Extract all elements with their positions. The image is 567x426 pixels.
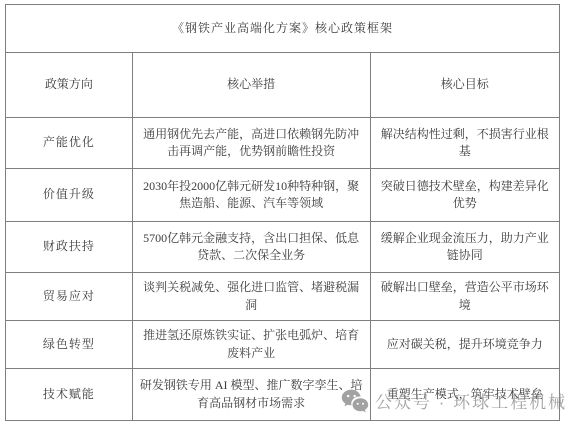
table-header-row: 政策方向 核心举措 核心目标 bbox=[6, 53, 560, 118]
table-row: 贸易应对 谈判关税减免、强化进口监管、堵避税漏洞 破解出口壁垒，营造公平市场环境 bbox=[6, 273, 560, 321]
direction-cell: 技术赋能 bbox=[6, 369, 133, 421]
article-image: 《钢铁产业高端化方案》核心政策框架 政策方向 核心举措 核心目标 产能优化 通用… bbox=[0, 0, 567, 426]
goal-cell: 突破日德技术壁垒，构建差异化优势 bbox=[370, 169, 559, 222]
policy-framework-table: 《钢铁产业高端化方案》核心政策框架 政策方向 核心举措 核心目标 产能优化 通用… bbox=[5, 4, 560, 421]
goal-cell: 重塑生产模式，筑牢技术壁垒 bbox=[370, 369, 559, 421]
measures-cell: 研发钢铁专用 AI 模型、推广数字孪生、培育高品钢材市场需求 bbox=[132, 369, 370, 421]
table-row: 价值升级 2030年投2000亿韩元研发10种特种钢，聚焦造船、能源、汽车等领域… bbox=[6, 169, 560, 222]
direction-cell: 贸易应对 bbox=[6, 273, 133, 321]
measures-cell: 通用钢优先去产能，高进口依赖钢先防冲击再调产能，优势钢前瞻性投资 bbox=[132, 118, 370, 169]
direction-cell: 财政扶持 bbox=[6, 222, 133, 273]
table-row: 绿色转型 推进氢还原炼铁实证、扩张电弧炉、培育废料产业 应对碳关税，提升环境竞争… bbox=[6, 321, 560, 369]
goal-cell: 解决结构性过剩，不损害行业根基 bbox=[370, 118, 559, 169]
header-core-goals: 核心目标 bbox=[370, 53, 559, 118]
goal-cell: 应对碳关税，提升环境竞争力 bbox=[370, 321, 559, 369]
header-policy-direction: 政策方向 bbox=[6, 53, 133, 118]
direction-cell: 产能优化 bbox=[6, 118, 133, 169]
header-core-measures: 核心举措 bbox=[132, 53, 370, 118]
direction-cell: 绿色转型 bbox=[6, 321, 133, 369]
table-row: 技术赋能 研发钢铁专用 AI 模型、推广数字孪生、培育高品钢材市场需求 重塑生产… bbox=[6, 369, 560, 421]
table-row: 财政扶持 5700亿韩元金融支持，含出口担保、低息贷款、二次保全业务 缓解企业现… bbox=[6, 222, 560, 273]
measures-cell: 5700亿韩元金融支持，含出口担保、低息贷款、二次保全业务 bbox=[132, 222, 370, 273]
goal-cell: 破解出口壁垒，营造公平市场环境 bbox=[370, 273, 559, 321]
table-title-row: 《钢铁产业高端化方案》核心政策框架 bbox=[6, 5, 560, 53]
measures-cell: 推进氢还原炼铁实证、扩张电弧炉、培育废料产业 bbox=[132, 321, 370, 369]
table-row: 产能优化 通用钢优先去产能，高进口依赖钢先防冲击再调产能，优势钢前瞻性投资 解决… bbox=[6, 118, 560, 169]
table-title: 《钢铁产业高端化方案》核心政策框架 bbox=[6, 5, 560, 53]
measures-cell: 谈判关税减免、强化进口监管、堵避税漏洞 bbox=[132, 273, 370, 321]
direction-cell: 价值升级 bbox=[6, 169, 133, 222]
goal-cell: 缓解企业现金流压力，助力产业链协同 bbox=[370, 222, 559, 273]
measures-cell: 2030年投2000亿韩元研发10种特种钢，聚焦造船、能源、汽车等领域 bbox=[132, 169, 370, 222]
